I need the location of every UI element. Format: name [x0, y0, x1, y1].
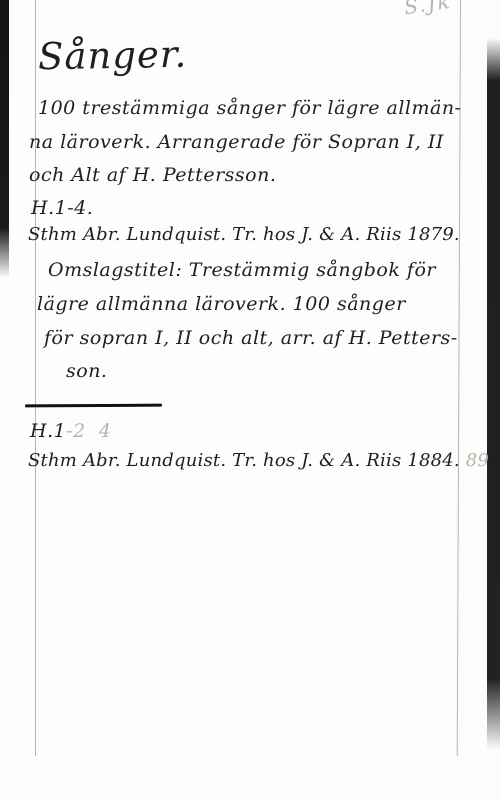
cover-title-line: Omslagstitel: Trestämmig sångbok för	[48, 259, 436, 281]
catalog-card-scan: S.Jk Sånger. 100 trestämmiga sånger för …	[0, 0, 500, 800]
corner-shelf-mark: S.Jk	[403, 0, 453, 19]
scan-edge-left	[0, 0, 9, 278]
imprint-text: Sthm Abr. Lundquist. Tr. hos J. & A. Rii…	[28, 450, 460, 471]
holdings-pencil-addition: -2 4	[66, 420, 111, 442]
format-notation: 8:o	[491, 450, 500, 471]
imprint-line-1879: Sthm Abr. Lundquist. Tr. hos J. & A. Rii…	[28, 224, 500, 245]
card-left-rule	[35, 0, 36, 756]
card-title: Sånger.	[38, 33, 188, 79]
section-divider-line	[25, 404, 162, 408]
imprint-pencil-note: 89	[466, 450, 489, 471]
imprint-text: Sthm Abr. Lundquist. Tr. hos J. & A. Rii…	[28, 224, 460, 245]
entry-line: na läroverk. Arrangerade för Sopran I, I…	[29, 131, 444, 153]
holdings-note-2: H.1-2 4	[30, 420, 111, 442]
cover-title-line: lägre allmänna läroverk. 100 sånger	[37, 293, 406, 315]
scan-edge-right	[487, 38, 500, 750]
imprint-line-1884: Sthm Abr. Lundquist. Tr. hos J. & A. Rii…	[28, 450, 500, 471]
entry-line: 100 trestämmiga sånger för lägre allmän-	[38, 97, 461, 119]
cover-title-line: son.	[66, 360, 107, 382]
cover-title-line: för sopran I, II och alt, arr. af H. Pet…	[44, 327, 458, 349]
entry-line: och Alt af H. Pettersson.	[29, 164, 276, 186]
holdings-note-1: H.1-4.	[31, 197, 93, 219]
holdings-ink: H.1	[30, 420, 66, 442]
